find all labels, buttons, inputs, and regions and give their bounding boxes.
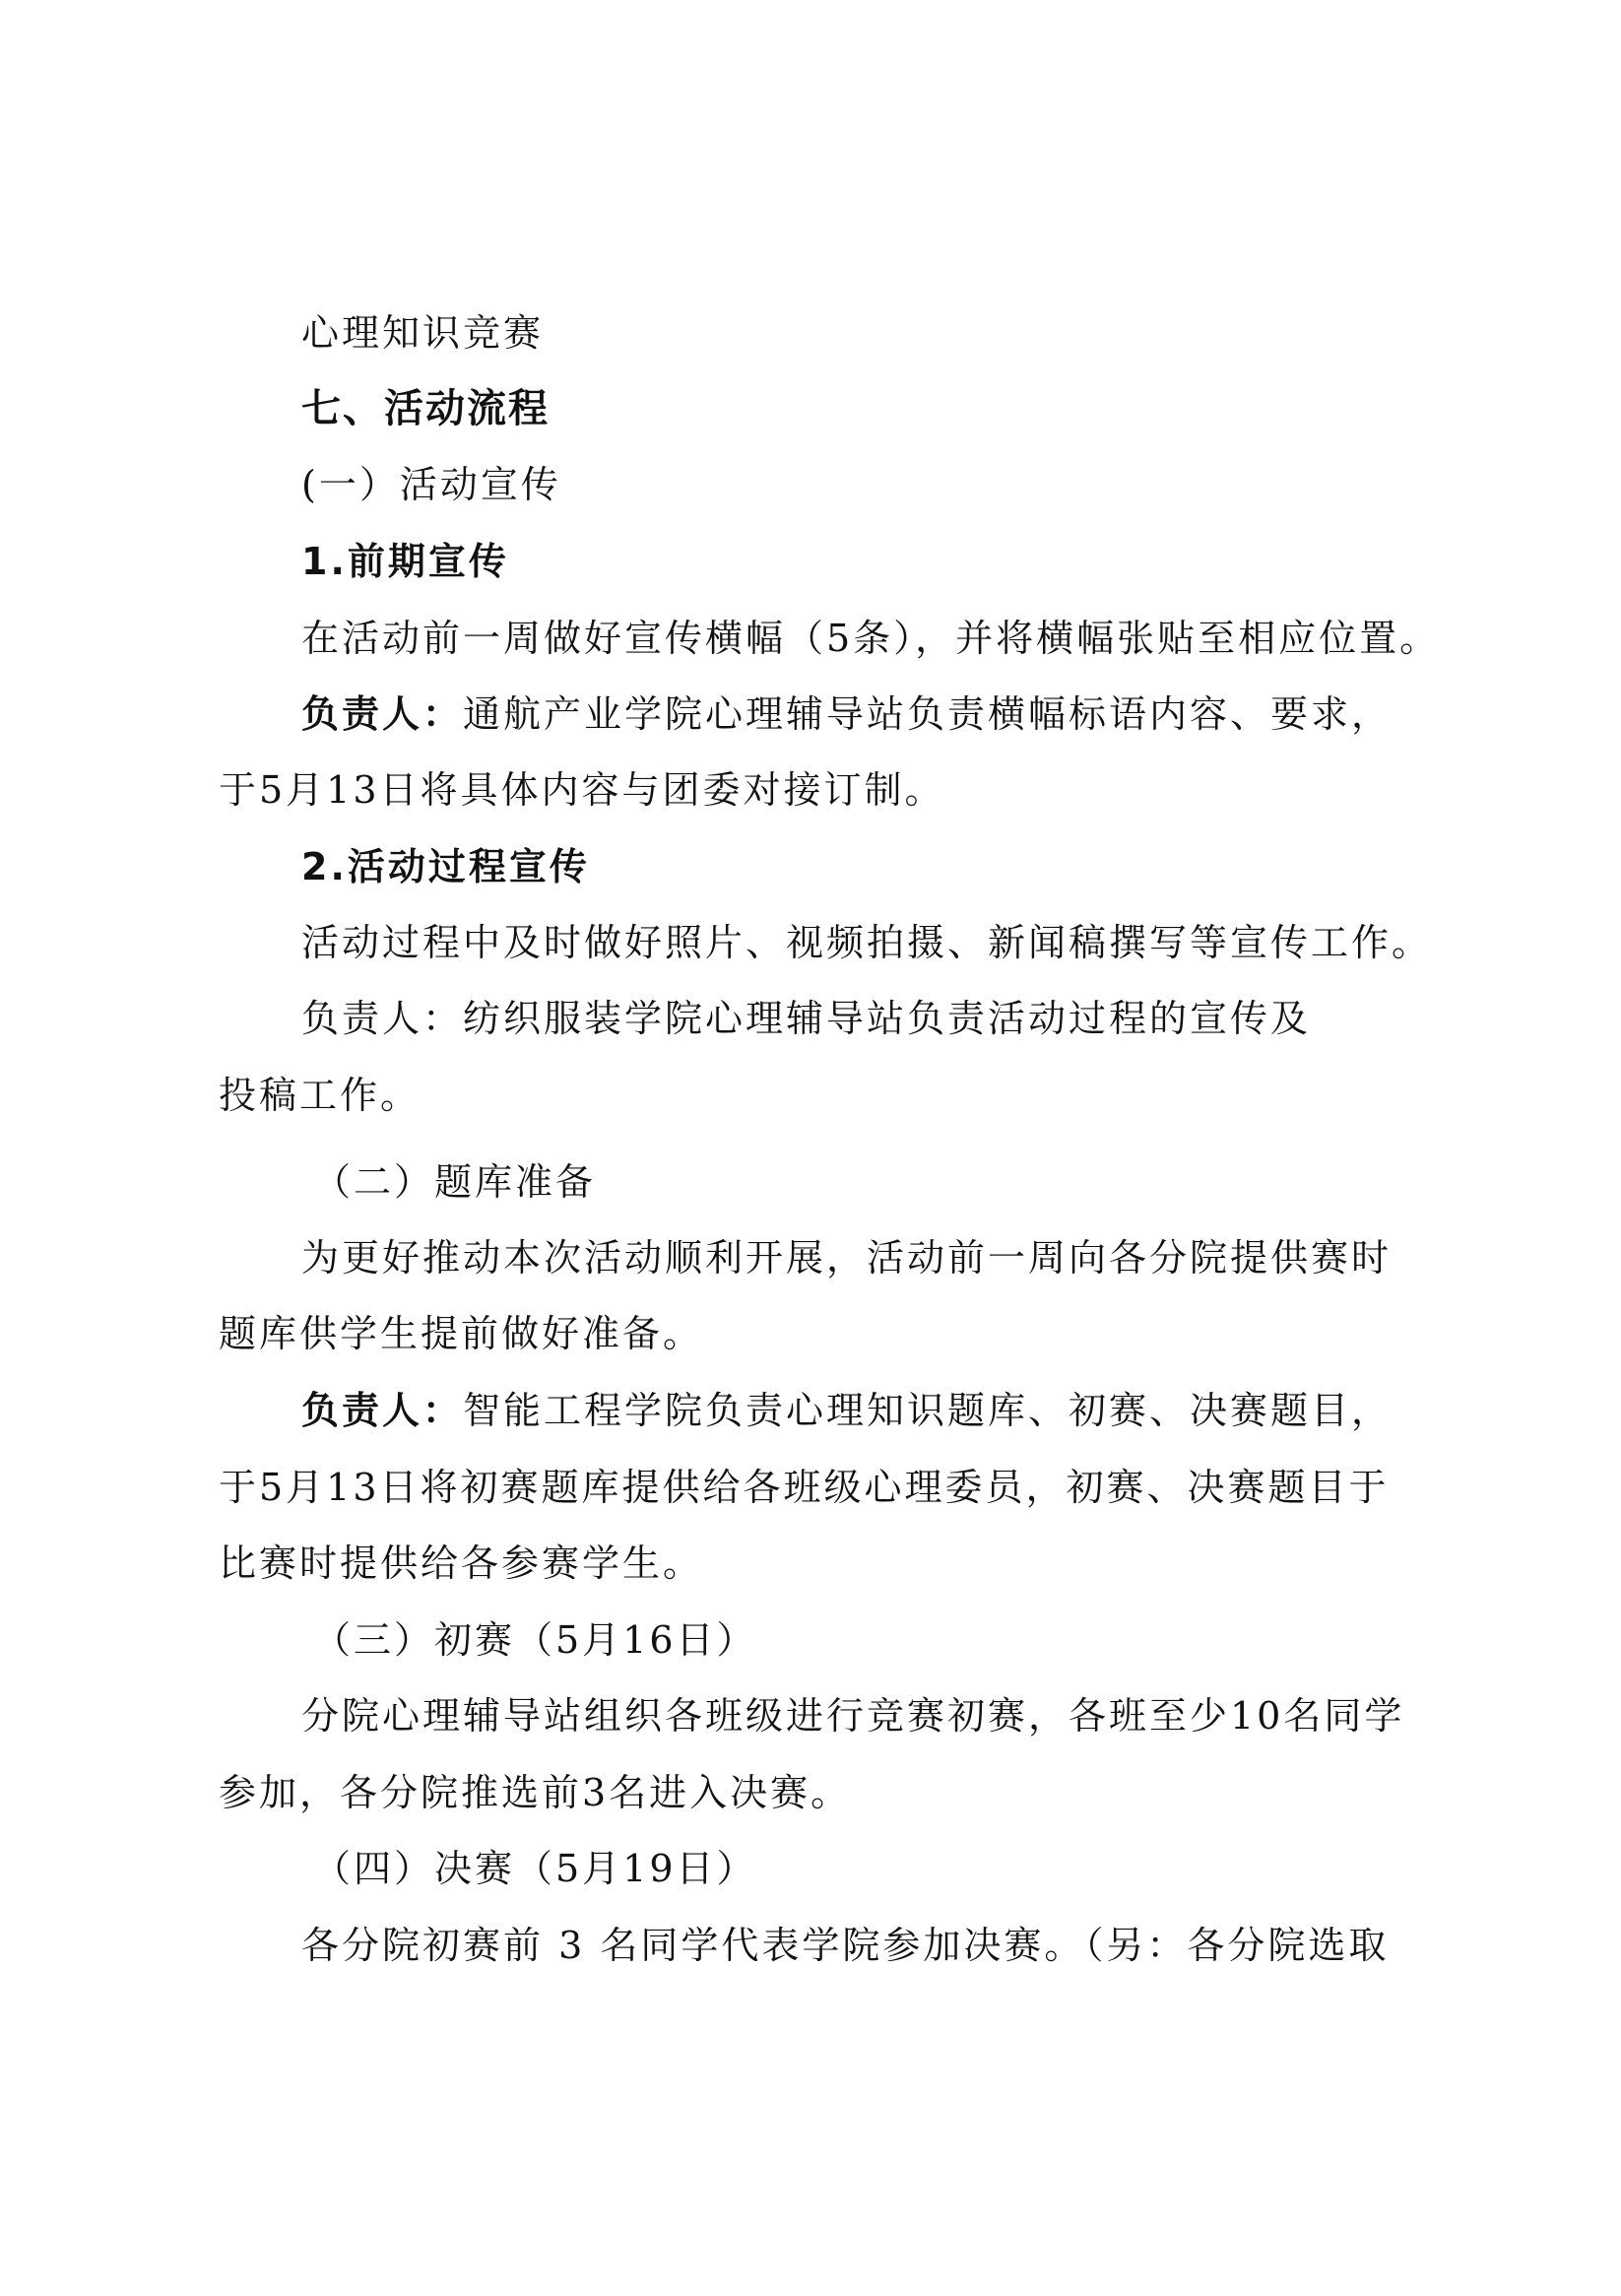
subsection-heading: (一）活动宣传 [301, 459, 1513, 510]
responsible-text: 智能工程学院负责心理知识题库、初赛、决赛题目， [463, 1389, 1392, 1432]
paragraph-text: 为更好推动本次活动顺利开展，活动前一周向各分院提供赛时 [301, 1232, 1513, 1283]
paragraph-text: 负责人：纺织服装学院心理辅导站负责活动过程的宣传及 [301, 993, 1513, 1044]
document-page: 心理知识竞赛 七、活动流程 (一）活动宣传 1.前期宣传 在活动前一周做好宣传横… [0, 0, 1621, 2296]
paragraph-text: 活动过程中及时做好照片、视频拍摄、新闻稿撰写等宣传工作。 [301, 917, 1513, 968]
paragraph-text: 投稿工作。 [219, 1070, 1430, 1121]
item-heading: 2.活动过程宣传 [301, 841, 1513, 892]
responsible-line: 负责人：通航产业学院心理辅导站负责横幅标语内容、要求， [301, 689, 1513, 740]
item-heading: 1.前期宣传 [301, 536, 1513, 587]
responsible-label: 负责人： [301, 1388, 463, 1432]
paragraph-text: 分院心理辅导站组织各班级进行竞赛初赛，各班至少10名同学 [301, 1690, 1513, 1741]
subsection-heading: （四）决赛（5月19日） [313, 1843, 1524, 1894]
responsible-line: 负责人：智能工程学院负责心理知识题库、初赛、决赛题目， [301, 1385, 1513, 1436]
paragraph-continuation: 心理知识竞赛 [301, 307, 1513, 359]
paragraph-text: 各分院初赛前 3 名同学代表学院参加决赛。（另：各分院选取 [301, 1920, 1513, 1971]
paragraph-text: 于5月13日将初赛题库提供给各班级心理委员，初赛、决赛题目于 [219, 1462, 1430, 1513]
responsible-text: 通航产业学院心理辅导站负责横幅标语内容、要求， [463, 692, 1392, 736]
paragraph-text: 于5月13日将具体内容与团委对接订制。 [219, 764, 1430, 816]
subsection-heading: （三）初赛（5月16日） [313, 1614, 1524, 1666]
paragraph-text: 比赛时提供给各参赛学生。 [219, 1538, 1430, 1589]
section-heading: 七、活动流程 [301, 383, 1513, 434]
paragraph-text: 参加，各分院推选前3名进入决赛。 [219, 1767, 1430, 1818]
responsible-label: 负责人： [301, 691, 463, 736]
paragraph-text: 题库供学生提前做好准备。 [219, 1308, 1430, 1359]
paragraph-text: 在活动前一周做好宣传横幅（5条），并将横幅张贴至相应位置。 [301, 613, 1513, 664]
subsection-heading: （二）题库准备 [313, 1156, 1524, 1208]
